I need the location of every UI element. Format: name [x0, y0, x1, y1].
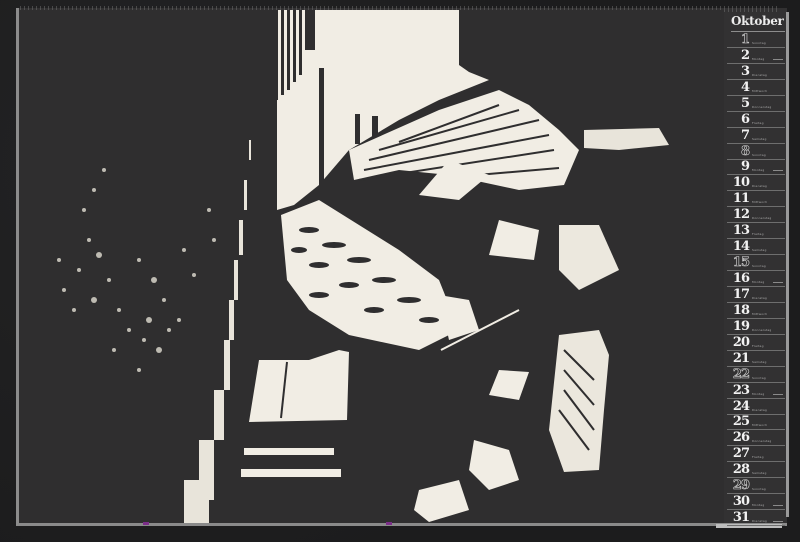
weekday-label: Sonntag: [752, 153, 766, 157]
day-row: 27Freitag: [727, 446, 785, 462]
day-row: 31Dienstag: [727, 510, 785, 526]
day-note-mark: [773, 394, 783, 395]
day-row: 5Donnerstag: [727, 96, 785, 112]
day-row: 23Montag: [727, 383, 785, 399]
day-row: 17Dienstag: [727, 287, 785, 303]
day-row: 7Samstag: [727, 128, 785, 144]
day-row: 11Mittwoch: [727, 191, 785, 207]
weekday-label: Mittwoch: [752, 312, 767, 316]
day-row: 15Sonntag: [727, 255, 785, 271]
weekday-label: Samstag: [752, 471, 767, 475]
day-number: 19: [727, 320, 749, 334]
day-number: 27: [727, 447, 749, 461]
day-row: 20Freitag: [727, 335, 785, 351]
day-row: 12Donnerstag: [727, 207, 785, 223]
color-mark: [386, 522, 392, 525]
day-row: 28Samstag: [727, 462, 785, 478]
weekday-label: Samstag: [752, 137, 767, 141]
weekday-label: Donnerstag: [752, 216, 772, 220]
weekday-label: Samstag: [752, 248, 767, 252]
day-note-mark: [773, 59, 783, 60]
day-number: 30: [727, 495, 749, 509]
day-row: 30Montag: [727, 494, 785, 510]
day-number: 23: [727, 384, 749, 398]
day-number: 20: [727, 336, 749, 350]
weekday-label: Freitag: [752, 344, 764, 348]
day-number: 3: [727, 65, 749, 79]
day-row: 22Sonntag: [727, 367, 785, 383]
day-number: 9: [727, 160, 749, 174]
day-row: 25Mittwoch: [727, 415, 785, 431]
day-row: 3Dienstag: [727, 64, 785, 80]
day-number: 11: [727, 192, 749, 206]
day-row: 2Montag: [727, 48, 785, 64]
day-row: 10Dienstag: [727, 175, 785, 191]
day-list: 1Sonntag2Montag3Dienstag4Mittwoch5Donner…: [727, 32, 785, 526]
day-row: 14Samstag: [727, 239, 785, 255]
weekday-label: Freitag: [752, 232, 764, 236]
day-number: 2: [727, 49, 749, 63]
day-row: 4Mittwoch: [727, 80, 785, 96]
day-row: 21Samstag: [727, 351, 785, 367]
day-number: 26: [727, 431, 749, 445]
weekday-label: Montag: [752, 57, 764, 61]
day-note-mark: [773, 521, 783, 522]
weekday-label: Sonntag: [752, 41, 766, 45]
photograph: [19, 10, 724, 523]
day-row: 18Mittwoch: [727, 303, 785, 319]
day-row: 6Freitag: [727, 112, 785, 128]
day-row: 8Sonntag: [727, 144, 785, 160]
weekday-label: Donnerstag: [752, 439, 772, 443]
day-number: 15: [727, 256, 749, 270]
day-number: 31: [727, 511, 749, 525]
day-number: 25: [727, 415, 749, 429]
day-number: 28: [727, 463, 749, 477]
weekday-label: Dienstag: [752, 184, 767, 188]
day-number: 5: [727, 97, 749, 111]
weekday-label: Montag: [752, 280, 764, 284]
weekday-label: Samstag: [752, 360, 767, 364]
day-number: 16: [727, 272, 749, 286]
day-note-mark: [773, 282, 783, 283]
weekday-label: Dienstag: [752, 73, 767, 77]
day-number: 6: [727, 113, 749, 127]
day-row: 16Montag: [727, 271, 785, 287]
day-number: 14: [727, 240, 749, 254]
weekday-label: Montag: [752, 392, 764, 396]
day-row: 26Donnerstag: [727, 430, 785, 446]
day-number: 7: [727, 129, 749, 143]
day-number: 18: [727, 304, 749, 318]
color-mark: [143, 522, 149, 525]
weekday-label: Freitag: [752, 455, 764, 459]
weekday-label: Freitag: [752, 121, 764, 125]
day-row: 9Montag: [727, 160, 785, 176]
day-number: 24: [727, 400, 749, 414]
weekday-label: Donnerstag: [752, 328, 772, 332]
weekday-label: Montag: [752, 503, 764, 507]
photo-illustration: [19, 10, 724, 523]
day-number: 12: [727, 208, 749, 222]
weekday-label: Dienstag: [752, 519, 767, 523]
weekday-label: Dienstag: [752, 408, 767, 412]
day-number: 21: [727, 352, 749, 366]
day-row: 1Sonntag: [727, 32, 785, 48]
weekday-label: Donnerstag: [752, 105, 772, 109]
weekday-label: Sonntag: [752, 487, 766, 491]
weekday-label: Mittwoch: [752, 423, 767, 427]
day-row: 24Dienstag: [727, 399, 785, 415]
weekday-label: Dienstag: [752, 296, 767, 300]
weekday-label: Sonntag: [752, 376, 766, 380]
weekday-label: Mittwoch: [752, 200, 767, 204]
day-number: 17: [727, 288, 749, 302]
day-number: 10: [727, 176, 749, 190]
day-number: 4: [727, 81, 749, 95]
day-number: 1: [727, 33, 749, 47]
day-row: 19Donnerstag: [727, 319, 785, 335]
calendar-column: Oktober 1Sonntag2Montag3Dienstag4Mittwoc…: [727, 14, 785, 529]
day-number: 13: [727, 224, 749, 238]
day-row: 29Sonntag: [727, 478, 785, 494]
weekday-label: Montag: [752, 168, 764, 172]
month-title: Oktober: [731, 14, 785, 32]
day-number: 22: [727, 368, 749, 382]
day-note-mark: [773, 505, 783, 506]
weekday-label: Sonntag: [752, 264, 766, 268]
day-number: 8: [727, 145, 749, 159]
day-number: 29: [727, 479, 749, 493]
weekday-label: Mittwoch: [752, 89, 767, 93]
sheet-edge: [786, 12, 789, 517]
day-note-mark: [773, 170, 783, 171]
day-row: 13Freitag: [727, 223, 785, 239]
